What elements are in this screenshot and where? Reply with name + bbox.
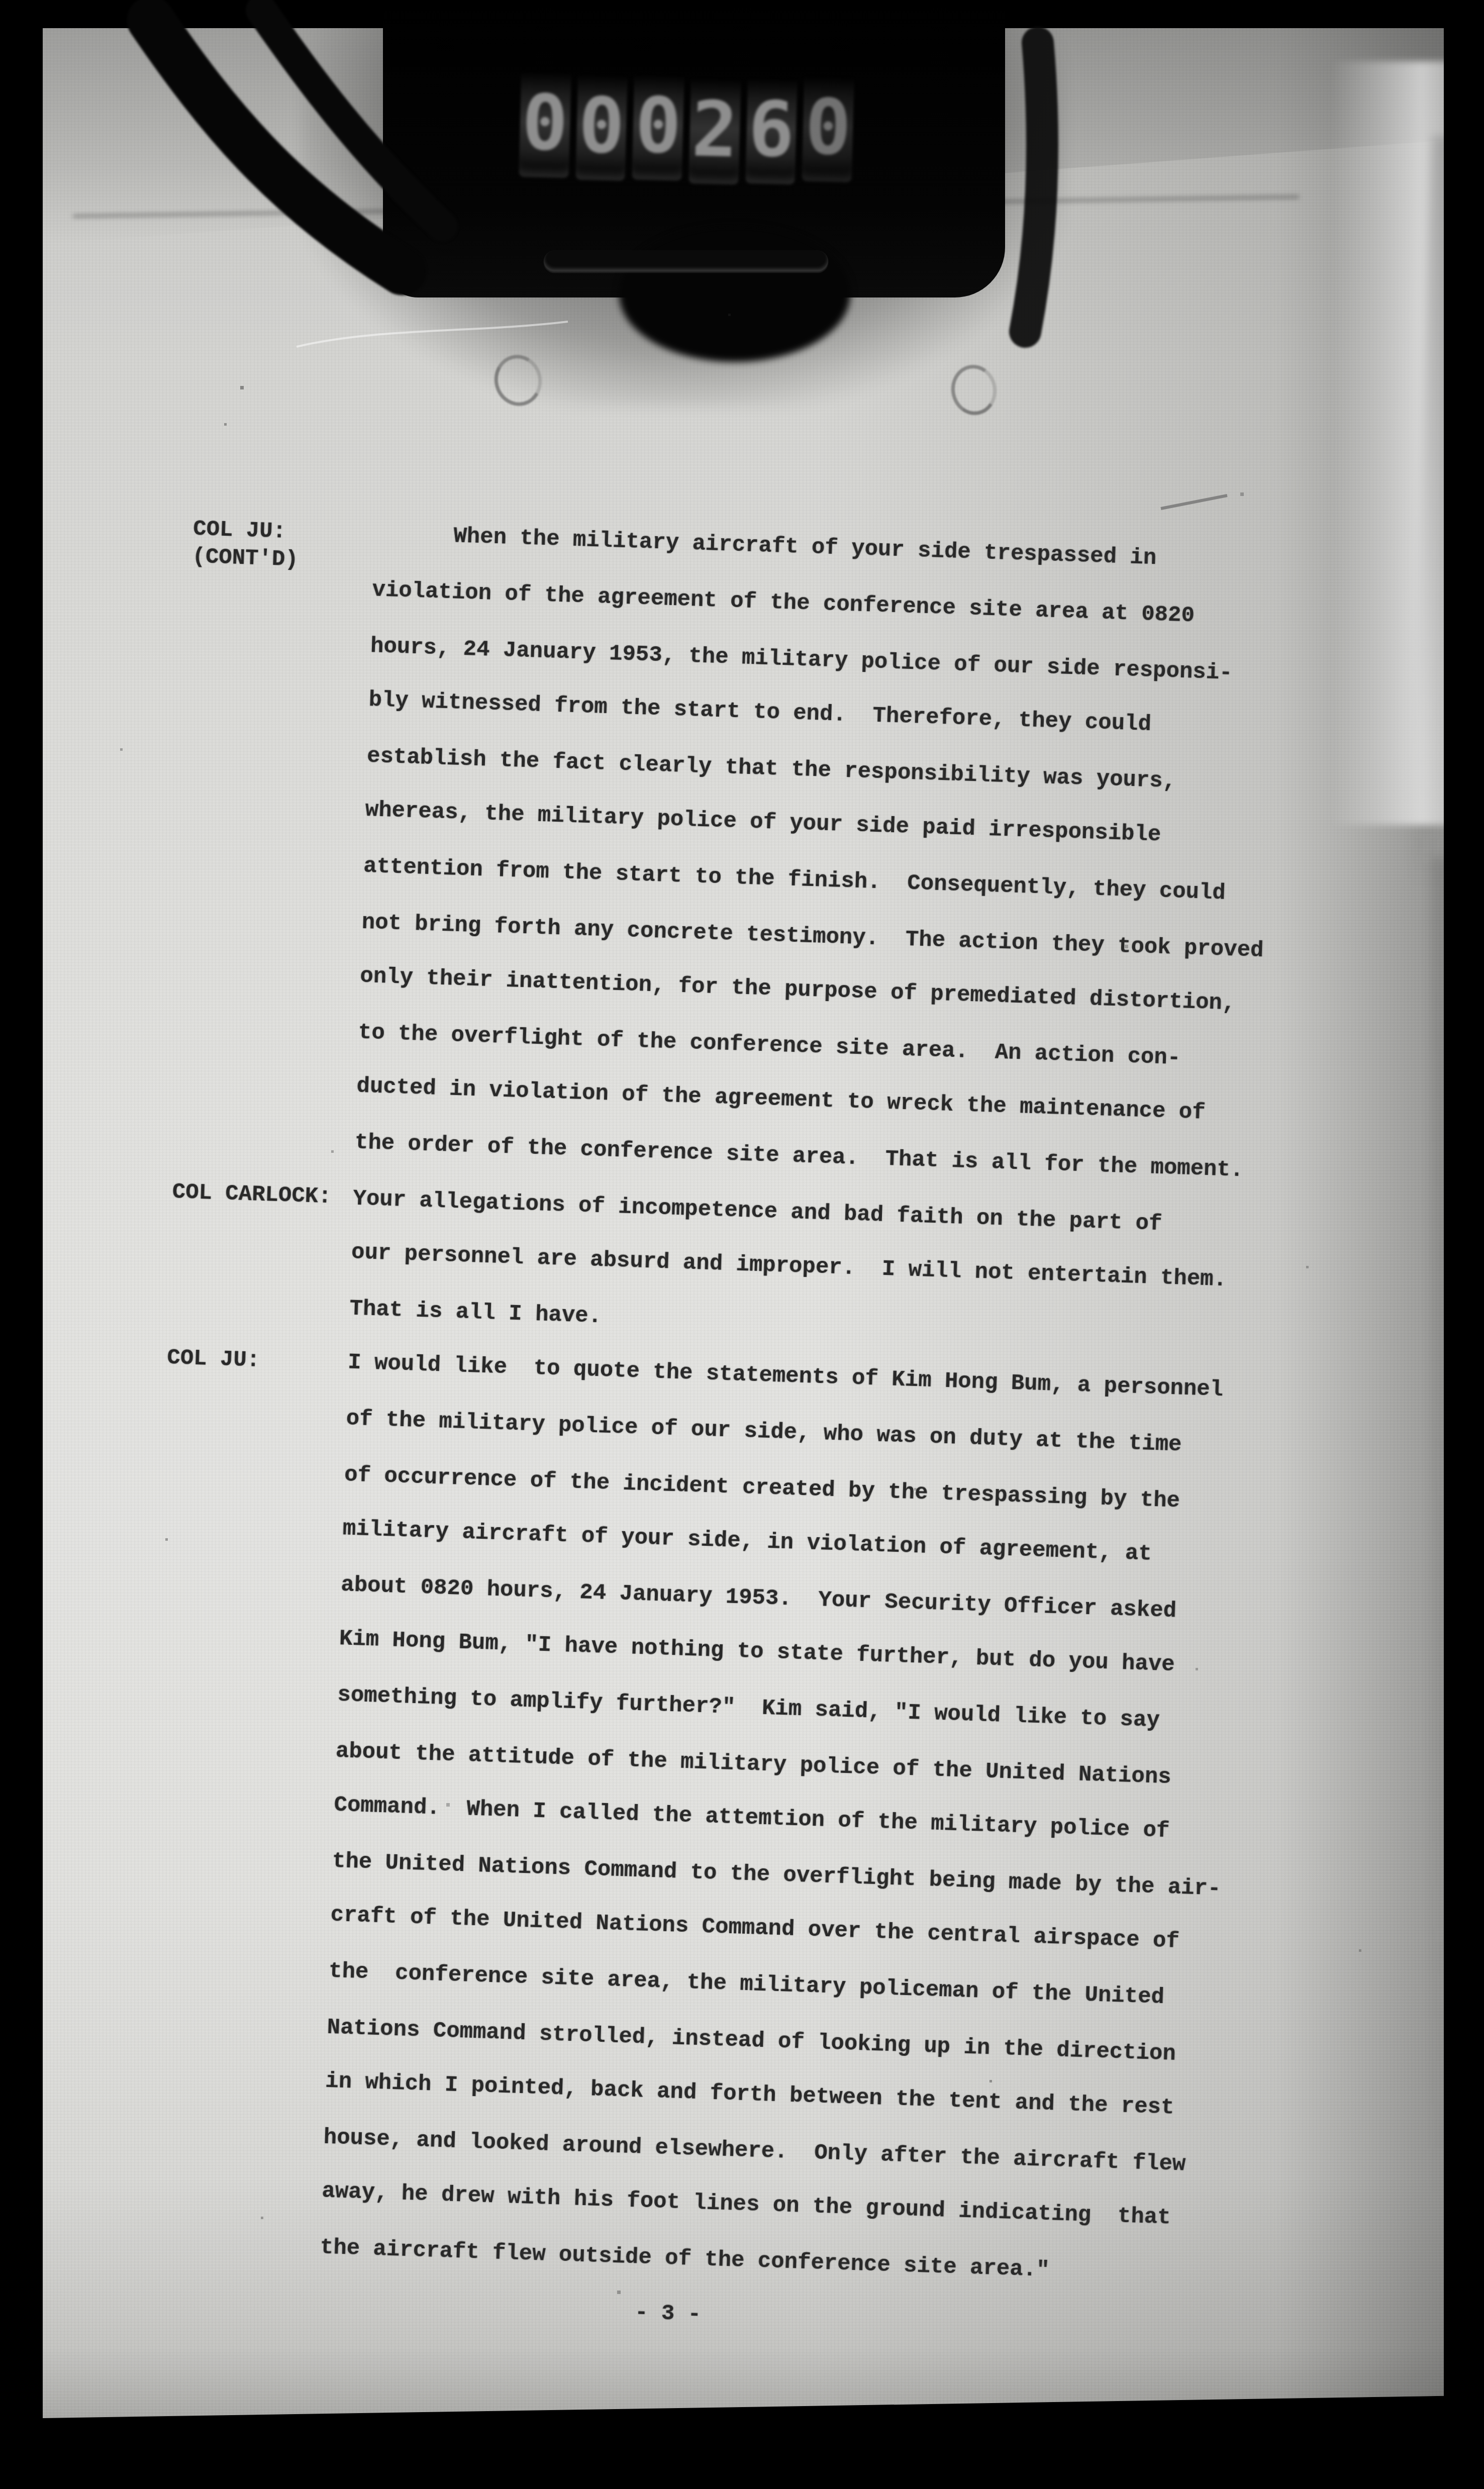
transcript-line: ducted in violation of the agreement to … bbox=[356, 1074, 1206, 1126]
transcript-line: the United Nations Command to the overfl… bbox=[332, 1849, 1221, 1902]
speaker-label: COL JU: bbox=[167, 1345, 260, 1373]
transcript-line: the conference site area, the military p… bbox=[328, 1959, 1164, 2010]
transcript-layer: - 3 - COL JU:(CONT'D) When the military … bbox=[134, 517, 1369, 2437]
transcript-line: away, he drew with his foot lines on the… bbox=[322, 2179, 1171, 2231]
speaker-label: (CONT'D) bbox=[192, 544, 299, 573]
transcript-line: violation of the agreement of the confer… bbox=[372, 577, 1195, 628]
transcript-line: attention from the start to the finish. … bbox=[363, 854, 1226, 906]
transcript-line: of the military police of our side, who … bbox=[346, 1406, 1182, 1457]
dust-specks bbox=[0, 0, 2, 2]
transcript-line: military aircraft of your side, in viola… bbox=[342, 1516, 1152, 1567]
transcript-line: Command. When I called the attemtion of … bbox=[334, 1793, 1170, 1844]
transcript-line: hours, 24 January 1953, the military pol… bbox=[370, 634, 1233, 686]
transcript-line: Your allegations of incompetence and bad… bbox=[353, 1186, 1162, 1237]
scratch-mark bbox=[296, 322, 568, 347]
transcript-line: to the overflight of the conference site… bbox=[358, 1020, 1181, 1071]
transcript-line: in which I pointed, back and forth betwe… bbox=[325, 2069, 1175, 2121]
transcript-line: whereas, the military police of your sid… bbox=[365, 798, 1161, 848]
transcript-line: establish the fact clearly that the resp… bbox=[366, 744, 1176, 794]
transcript-line: That is all I have. bbox=[349, 1297, 602, 1330]
transcript-line: the order of the conference site area. T… bbox=[354, 1130, 1244, 1183]
transcript-line: our personnel are absurd and improper. I… bbox=[351, 1240, 1227, 1293]
transcript-line: something to amplify further?" Kim said,… bbox=[337, 1682, 1160, 1733]
transcript-line: Kim Hong Bum, "I have nothing to state f… bbox=[339, 1626, 1175, 1677]
pencil-dash-mark bbox=[1161, 495, 1227, 509]
transcript-line: craft of the United Nations Command over… bbox=[330, 1903, 1180, 1954]
speaker-label: COL CARLOCK: bbox=[172, 1179, 332, 1210]
transcript-line: about the attitude of the military polic… bbox=[335, 1739, 1171, 1790]
microfilm-scan-frame: 000260 - 3 - COL JU:(CONT'D) When the mi… bbox=[0, 0, 1484, 2489]
transcript-line: bly witnessed from the start to end. The… bbox=[368, 687, 1152, 737]
transcript-line: I would like to quote the statements of … bbox=[347, 1350, 1223, 1403]
transcript-line: house, and looked around elsewhere. Only… bbox=[323, 2125, 1186, 2177]
transcript-line: the aircraft flew outside of the confere… bbox=[320, 2235, 1050, 2283]
counter-cables-icon bbox=[151, 10, 1042, 332]
transcript-line: Nations Command strolled, instead of loo… bbox=[327, 2015, 1176, 2067]
transcript-line: of occurrence of the incident created by… bbox=[344, 1462, 1180, 1514]
transcript-line: about 0820 hours, 24 January 1953. Your … bbox=[341, 1572, 1177, 1624]
page-number: - 3 - bbox=[634, 2300, 702, 2327]
transcript-line: only their inattention, for the purpose … bbox=[360, 964, 1236, 1017]
transcript-line: not bring forth any concrete testimony. … bbox=[361, 910, 1264, 963]
speaker-label: COL JU: bbox=[192, 517, 286, 545]
